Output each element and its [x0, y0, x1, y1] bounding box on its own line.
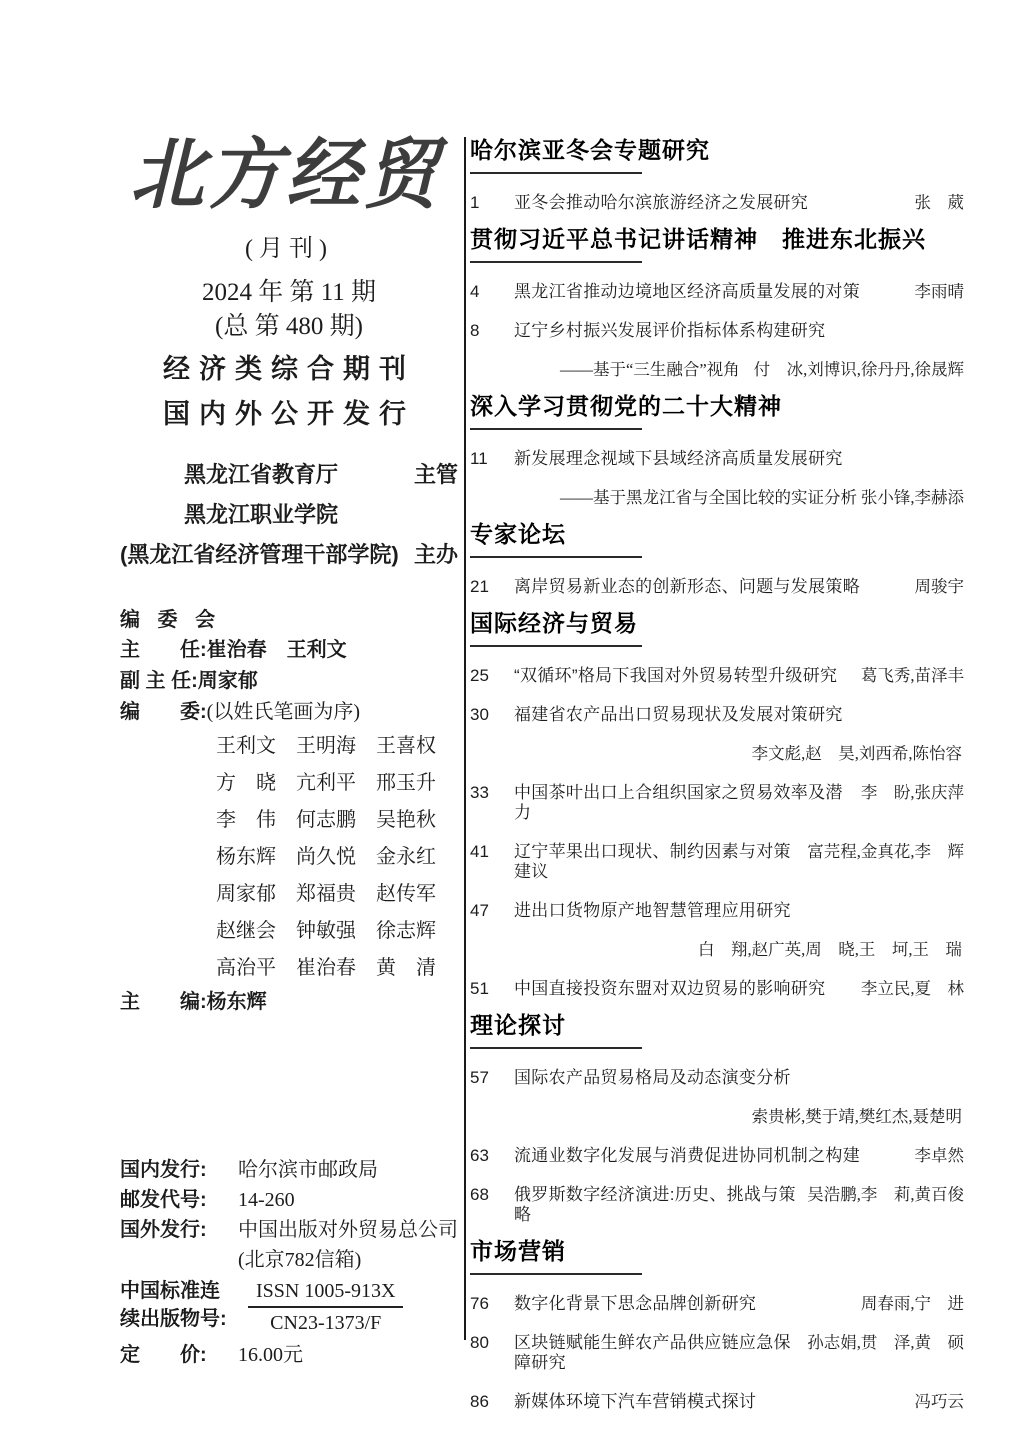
toc-page-number: 57: [470, 1068, 514, 1088]
member-row: 方 晓 亢利平 邢玉升: [216, 765, 458, 802]
toc-article-row: 1亚冬会推动哈尔滨旅游经济之发展研究张 葳: [470, 193, 964, 213]
journal-logo: 北方经贸: [130, 125, 458, 225]
toc-article-title: 数字化背景下思念品牌创新研究: [514, 1294, 861, 1314]
toc-page-number: 4: [470, 282, 514, 302]
toc-page-number: 25: [470, 666, 514, 686]
publication-label: 国外发行:: [120, 1215, 238, 1245]
publication-label: [120, 1245, 238, 1275]
toc-section: 市场营销76数字化背景下思念品牌创新研究周春雨,宁 进80区块链赋能生鲜农产品供…: [470, 1238, 964, 1412]
toc-article-row: 30福建省农产品出口贸易现状及发展对策研究: [470, 705, 964, 725]
toc-article-authors: 付 冰,刘博识,徐丹丹,徐晟辉: [754, 360, 964, 380]
publication-row: 邮发代号:14-260: [120, 1185, 458, 1215]
toc-section-title: 理论探讨: [470, 1012, 964, 1039]
toc-section: 哈尔滨亚冬会专题研究1亚冬会推动哈尔滨旅游经济之发展研究张 葳: [470, 137, 964, 213]
toc-article-title: 黑龙江省推动边境地区经济高质量发展的对策: [514, 282, 915, 302]
organizer-block: 黑龙江省教育厅 主管 黑龙江职业学院 (黑龙江省经济管理干部学院) 主办: [120, 455, 458, 575]
officer-label: 编 委:: [120, 697, 207, 728]
issn-block: 中国标准连 续出版物号: ISSN 1005-913X CN23-1373/F: [120, 1277, 458, 1337]
publication-row: 国内发行:哈尔滨市邮政局: [120, 1155, 458, 1185]
issn-number: ISSN 1005-913X: [248, 1277, 403, 1308]
editorial-board-officer-row: 主 任:崔治春 王利文: [120, 635, 458, 666]
section-underline: [470, 261, 642, 263]
toc-article-authors: 白 翔,赵广英,周 晓,王 坷,王 瑞: [470, 940, 964, 960]
publication-value: 14-260: [238, 1185, 295, 1215]
toc-article-subtitle: ——基于黑龙江省与全国比较的实证分析: [470, 488, 861, 508]
toc-article-title: 俄罗斯数字经济演进:历史、挑战与策略: [514, 1185, 807, 1225]
member-row: 杨东辉 尚久悦 金永红: [216, 839, 458, 876]
toc-article-title: 中国直接投资东盟对双边贸易的影响研究: [514, 979, 861, 999]
toc-article-row: 57国际农产品贸易格局及动态演变分析: [470, 1068, 964, 1088]
chief-editor-name: 杨东辉: [207, 987, 267, 1018]
toc-article-authors: 张小锋,李赫添: [861, 488, 964, 508]
toc-article-title: 新媒体环境下汽车营销模式探讨: [514, 1392, 915, 1412]
toc-page-number: 68: [470, 1185, 514, 1205]
supervisor-name: 黑龙江省教育厅: [184, 455, 338, 495]
journal-category-line: 经济类综合期刊: [120, 347, 458, 386]
editorial-board-officers: 主 任:崔治春 王利文副 主 任:周家郁编 委:(以姓氏笔画为序): [120, 635, 458, 728]
toc-section-title: 深入学习贯彻党的二十大精神: [470, 393, 964, 420]
publication-rows: 国内发行:哈尔滨市邮政局邮发代号:14-260国外发行:中国出版对外贸易总公司(…: [120, 1155, 458, 1275]
toc-article-title: 亚冬会推动哈尔滨旅游经济之发展研究: [514, 193, 915, 213]
section-underline: [470, 1273, 642, 1275]
journal-info-sidebar: 北方经贸 (月刊) 2024 年 第 11 期 (总 第 480 期) 经济类综…: [120, 135, 458, 1448]
toc-article-title: 辽宁乡村振兴发展评价指标体系构建研究: [514, 321, 964, 341]
publication-label: 国内发行:: [120, 1155, 238, 1185]
toc-article-title: 区块链赋能生鲜农产品供应链应急保障研究: [514, 1333, 807, 1373]
toc-article-authors: 李卓然: [915, 1146, 965, 1166]
toc-article-row: 33中国茶叶出口上合组织国家之贸易效率及潜力李 盼,张庆萍: [470, 783, 964, 823]
chief-editor-label: 主 编:: [120, 987, 207, 1018]
toc-article-subtitle-row: ——基于黑龙江省与全国比较的实证分析张小锋,李赫添: [470, 488, 964, 508]
toc-article-row: 76数字化背景下思念品牌创新研究周春雨,宁 进: [470, 1294, 964, 1314]
officer-value: 周家郁: [198, 666, 258, 697]
toc-article-authors: 李立民,夏 林: [861, 979, 964, 999]
toc-article-authors: 冯巧云: [915, 1392, 965, 1412]
toc-article-title: 辽宁苹果出口现状、制约因素与对策建议: [514, 842, 807, 882]
toc-article-authors: 索贵彬,樊于靖,樊红杰,聂楚明: [470, 1107, 964, 1127]
editorial-board-officer-row: 编 委:(以姓氏笔画为序): [120, 697, 458, 728]
publication-label: 邮发代号:: [120, 1185, 238, 1215]
organizer-name-1: 黑龙江职业学院: [184, 495, 338, 535]
toc-article-row: 8辽宁乡村振兴发展评价指标体系构建研究: [470, 321, 964, 341]
cn-number: CN23-1373/F: [248, 1308, 403, 1337]
toc-article-authors: 吴浩鹏,李 莉,黄百俊: [807, 1185, 964, 1205]
toc-article-title: 中国茶叶出口上合组织国家之贸易效率及潜力: [514, 783, 861, 823]
toc-article-row: 11新发展理念视域下县域经济高质量发展研究: [470, 449, 964, 469]
toc-article-row: 63流通业数字化发展与消费促进协同机制之构建李卓然: [470, 1146, 964, 1166]
toc-page-number: 63: [470, 1146, 514, 1166]
toc-section-title: 专家论坛: [470, 521, 964, 548]
toc-article-title: “双循环”格局下我国对外贸易转型升级研究: [514, 666, 861, 686]
supervisor-row: 黑龙江省教育厅 主管: [120, 455, 458, 495]
toc-article-title: 离岸贸易新业态的创新形态、问题与发展策略: [514, 577, 915, 597]
toc-section: 深入学习贯彻党的二十大精神11新发展理念视域下县域经济高质量发展研究——基于黑龙…: [470, 393, 964, 508]
toc-page-number: 80: [470, 1333, 514, 1353]
table-of-contents: 哈尔滨亚冬会专题研究1亚冬会推动哈尔滨旅游经济之发展研究张 葳贯彻习近平总书记讲…: [470, 137, 964, 1412]
toc-article-authors: 孙志娟,贯 泽,黄 硕: [807, 1333, 964, 1353]
toc-section: 贯彻习近平总书记讲话精神 推进东北振兴4黑龙江省推动边境地区经济高质量发展的对策…: [470, 226, 964, 380]
publication-value: 中国出版对外贸易总公司: [238, 1215, 458, 1245]
toc-page-number: 1: [470, 193, 514, 213]
toc-article-row: 21离岸贸易新业态的创新形态、问题与发展策略周骏宇: [470, 577, 964, 597]
toc-page-number: 51: [470, 979, 514, 999]
toc-section-title: 贯彻习近平总书记讲话精神 推进东北振兴: [470, 226, 964, 253]
section-underline: [470, 428, 642, 430]
toc-article-row: 4黑龙江省推动边境地区经济高质量发展的对策李雨晴: [470, 282, 964, 302]
section-underline: [470, 1047, 642, 1049]
organizer-name-2: (黑龙江省经济管理干部学院): [120, 535, 399, 575]
journal-frequency: (月刊): [120, 228, 458, 263]
toc-page-number: 21: [470, 577, 514, 597]
toc-article-row: 68俄罗斯数字经济演进:历史、挑战与策略吴浩鹏,李 莉,黄百俊: [470, 1185, 964, 1225]
toc-article-row: 51中国直接投资东盟对双边贸易的影响研究李立民,夏 林: [470, 979, 964, 999]
officer-label: 副 主 任:: [120, 666, 198, 697]
toc-section: 专家论坛21离岸贸易新业态的创新形态、问题与发展策略周骏宇: [470, 521, 964, 597]
toc-page-number: 76: [470, 1294, 514, 1314]
toc-article-authors: 富芫程,金真花,李 辉: [807, 842, 964, 862]
section-underline: [470, 556, 642, 558]
journal-issue-number: 2024 年 第 11 期: [120, 272, 458, 308]
price-label: 定 价:: [120, 1339, 238, 1371]
toc-article-title: 流通业数字化发展与消费促进协同机制之构建: [514, 1146, 915, 1166]
organizer-row-1: 黑龙江职业学院: [120, 495, 458, 535]
toc-page-number: 47: [470, 901, 514, 921]
section-underline: [470, 172, 642, 174]
organizer-role: 主办: [414, 535, 458, 575]
toc-section: 理论探讨57国际农产品贸易格局及动态演变分析索贵彬,樊于靖,樊红杰,聂楚明63流…: [470, 1012, 964, 1225]
toc-article-row: 80区块链赋能生鲜农产品供应链应急保障研究孙志娟,贯 泽,黄 硕: [470, 1333, 964, 1373]
member-row: 周家郁 郑福贵 赵传军: [216, 876, 458, 913]
journal-distribution-line: 国内外公开发行: [120, 392, 458, 431]
toc-page-number: 8: [470, 321, 514, 341]
toc-article-authors: 周骏宇: [915, 577, 965, 597]
officer-value: 崔治春 王利文: [207, 635, 347, 666]
editorial-board: 编 委 会 主 任:崔治春 王利文副 主 任:周家郁编 委:(以姓氏笔画为序) …: [120, 605, 458, 1018]
officer-value: (以姓氏笔画为序): [207, 697, 360, 728]
officer-label: 主 任:: [120, 635, 207, 666]
issn-label: 中国标准连 续出版物号:: [120, 1277, 248, 1337]
supervisor-role: 主管: [414, 455, 458, 495]
publication-info: 国内发行:哈尔滨市邮政局邮发代号:14-260国外发行:中国出版对外贸易总公司(…: [120, 1155, 458, 1371]
toc-article-subtitle-row: ——基于“三生融合”视角付 冰,刘博识,徐丹丹,徐晟辉: [470, 360, 964, 380]
journal-cumulative-issue: (总 第 480 期): [120, 306, 458, 342]
toc-page-number: 33: [470, 783, 514, 803]
toc-article-title: 国际农产品贸易格局及动态演变分析: [514, 1068, 964, 1088]
publication-row: 国外发行:中国出版对外贸易总公司: [120, 1215, 458, 1245]
member-row: 赵继会 钟敏强 徐志辉: [216, 913, 458, 950]
toc-page-number: 11: [470, 449, 514, 469]
member-row: 李 伟 何志鹏 吴艳秋: [216, 802, 458, 839]
toc-section-title: 市场营销: [470, 1238, 964, 1265]
toc-article-row: 47进出口货物原产地智慧管理应用研究: [470, 901, 964, 921]
toc-article-subtitle: ——基于“三生融合”视角: [470, 360, 754, 380]
price-row: 定 价: 16.00元: [120, 1339, 458, 1371]
toc-article-title: 福建省农产品出口贸易现状及发展对策研究: [514, 705, 964, 725]
publication-value: (北京782信箱): [238, 1245, 361, 1275]
editorial-board-title: 编 委 会: [120, 605, 458, 635]
member-row: 王利文 王明海 王喜权: [216, 728, 458, 765]
toc-article-title: 进出口货物原产地智慧管理应用研究: [514, 901, 964, 921]
chief-editor-row: 主 编: 杨东辉: [120, 987, 458, 1018]
issn-cn-values: ISSN 1005-913X CN23-1373/F: [248, 1277, 403, 1337]
toc-article-authors: 李雨晴: [915, 282, 965, 302]
toc-article-authors: 李 盼,张庆萍: [861, 783, 964, 803]
column-divider: [464, 137, 466, 1340]
editorial-board-members: 王利文 王明海 王喜权方 晓 亢利平 邢玉升李 伟 何志鹏 吴艳秋杨东辉 尚久悦…: [120, 728, 458, 987]
toc-article-row: 86新媒体环境下汽车营销模式探讨冯巧云: [470, 1392, 964, 1412]
section-underline: [470, 645, 642, 647]
toc-article-authors: 周春雨,宁 进: [861, 1294, 964, 1314]
toc-article-title: 新发展理念视域下县域经济高质量发展研究: [514, 449, 964, 469]
toc-page-number: 30: [470, 705, 514, 725]
toc-section: 国际经济与贸易25“双循环”格局下我国对外贸易转型升级研究葛飞秀,苗泽丰30福建…: [470, 610, 964, 999]
toc-article-row: 41辽宁苹果出口现状、制约因素与对策建议富芫程,金真花,李 辉: [470, 842, 964, 882]
toc-section-title: 国际经济与贸易: [470, 610, 964, 637]
toc-article-row: 25“双循环”格局下我国对外贸易转型升级研究葛飞秀,苗泽丰: [470, 666, 964, 686]
price-value: 16.00元: [238, 1339, 303, 1371]
member-row: 高治平 崔治春 黄 清: [216, 950, 458, 987]
editorial-board-officer-row: 副 主 任:周家郁: [120, 666, 458, 697]
toc-page-number: 86: [470, 1392, 514, 1412]
toc-article-authors: 葛飞秀,苗泽丰: [861, 666, 964, 686]
publication-row: (北京782信箱): [120, 1245, 458, 1275]
toc-article-authors: 张 葳: [915, 193, 965, 213]
organizer-row-2: (黑龙江省经济管理干部学院) 主办: [120, 535, 458, 575]
toc-article-authors: 李文彪,赵 昊,刘西希,陈怡容: [470, 744, 964, 764]
toc-section-title: 哈尔滨亚冬会专题研究: [470, 137, 964, 164]
publication-value: 哈尔滨市邮政局: [238, 1155, 378, 1185]
toc-page-number: 41: [470, 842, 514, 862]
